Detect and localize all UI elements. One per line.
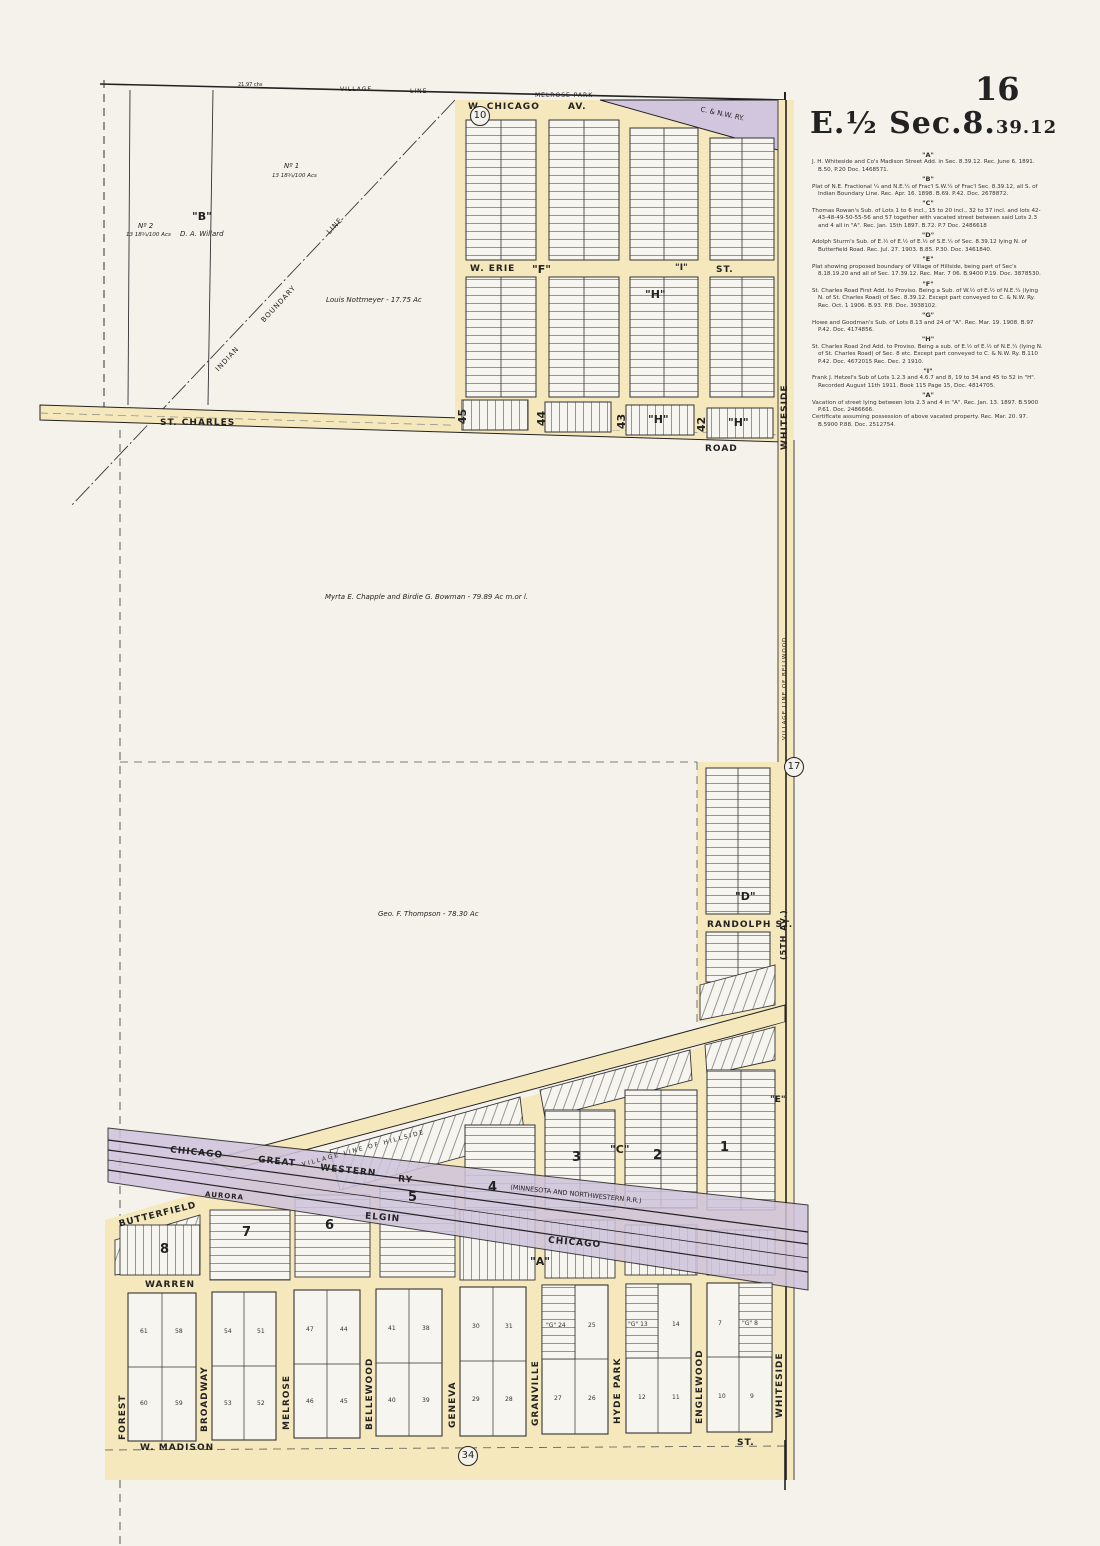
plat-legend: "A"J. H. Whiteside and Co's Madison Stre… <box>812 150 1044 429</box>
legend-entry-certificate: Certificate assuming possession of above… <box>812 414 1044 429</box>
title-section: Sec.8. <box>889 106 996 141</box>
erie-st-label: ST. <box>716 265 734 275</box>
hyde-park-av-label: HYDE PARK <box>613 1358 623 1424</box>
lot-number: 10 <box>718 1393 726 1400</box>
legend-entry-f: "F"St. Charles Road First Add. to Provis… <box>812 281 1044 311</box>
whiteside-av-north-label: WHITESIDE <box>780 384 790 450</box>
village-line-bellwood-label: VILLAGE LINE OF BELLWOOD <box>782 637 788 740</box>
title-township: 39.12 <box>996 117 1057 138</box>
village-line-north <box>100 84 785 100</box>
adjoining-sheet-east[interactable]: 17 <box>784 757 804 777</box>
broadway-label: BROADWAY <box>200 1366 210 1432</box>
title-fraction: ½ <box>845 106 877 141</box>
adjoining-sheet-south[interactable]: 34 <box>458 1446 478 1466</box>
legend-entry-d: "D"Adolph Sturm's Sub. of E.½ of E.½ of … <box>812 232 1044 254</box>
plat-a-label: "A" <box>530 1255 550 1268</box>
cgw-ry-label: RY <box>398 1174 414 1186</box>
bellewood-av-label: BELLEWOOD <box>365 1358 375 1430</box>
plat-h-label-1: "H" <box>645 288 666 301</box>
adjoining-sheet-north[interactable]: 10 <box>470 106 490 126</box>
plat-b-label: "B" <box>192 210 212 223</box>
legend-entry-g: "G"Howe and Goodman's Sub. of Lots 8.13 … <box>812 312 1044 334</box>
st-charles-road-label: ST. CHARLES <box>160 418 235 428</box>
lot-number: 53 <box>224 1400 232 1407</box>
block-6: 6 <box>325 1218 334 1233</box>
legend-entry-h: "H"St. Charles Road 2nd Add. to Proviso.… <box>812 336 1044 366</box>
lot-number: 47 <box>306 1326 314 1333</box>
chapple-bowman-label: Myrta E. Chapple and Birdie G. Bowman - … <box>325 593 528 601</box>
lot-number: 38 <box>422 1325 430 1332</box>
lot-number: 26 <box>588 1395 596 1402</box>
plat-f-label: "F" <box>532 263 551 276</box>
lot-number: 58 <box>175 1328 183 1335</box>
legend-entry-a: "A"J. H. Whiteside and Co's Madison Stre… <box>812 152 1044 174</box>
parcel-no1-area: 13 18¾/100 Acs <box>272 173 317 179</box>
lot-number: 54 <box>224 1328 232 1335</box>
block-1: 1 <box>720 1140 729 1155</box>
chains-label: 21.97 chs <box>238 82 262 88</box>
melrose-park-label: MELROSE PARK <box>535 92 593 99</box>
block-3: 3 <box>572 1150 581 1165</box>
block-2: 2 <box>653 1148 662 1163</box>
block-7: 7 <box>242 1225 251 1240</box>
lot-number: 25 <box>588 1322 596 1329</box>
lot-number: 39 <box>422 1397 430 1404</box>
madison-st-label: ST. <box>737 1438 755 1448</box>
warren-label: WARREN <box>145 1280 195 1290</box>
nottmeyer-label: Louis Nottmeyer - 17.75 Ac <box>326 296 422 304</box>
legend-entry-vacation: "A"Vacation of street lying between lots… <box>812 392 1044 414</box>
block-42: 42 <box>695 417 708 432</box>
plat-h-label-3: "H" <box>728 416 749 429</box>
englewood-av-label: ENGLEWOOD <box>695 1349 705 1424</box>
parcel-no1-label: Nº 1 <box>284 162 299 170</box>
block-4: 4 <box>488 1180 497 1195</box>
lot-number: 52 <box>257 1400 265 1407</box>
road-label: ROAD <box>705 444 738 454</box>
lot-number: 40 <box>388 1397 396 1404</box>
block-5: 5 <box>408 1190 417 1205</box>
plat-e-label: "E" <box>770 1095 786 1105</box>
lot-number: 41 <box>388 1325 396 1332</box>
lot-number: 59 <box>175 1400 183 1407</box>
legend-entry-e: "E"Plat showing proposed boundary of Vil… <box>812 256 1044 278</box>
legend-entry-i: "I"Frank J. Hetzel's Sub of Lots 1.2.3 a… <box>812 368 1044 390</box>
legend-entry-b: "B"Plat of N.E. Fractional ¼ and N.E.¼ o… <box>812 176 1044 198</box>
title-prefix: E. <box>810 106 845 141</box>
lot-number: 30 <box>472 1323 480 1330</box>
lot-number: 31 <box>505 1323 513 1330</box>
plat-h-label-2: "H" <box>648 413 669 426</box>
willard-label: D. A. Willard <box>180 230 224 238</box>
lot-number: 44 <box>340 1326 348 1333</box>
lot-number: 11 <box>672 1394 680 1401</box>
thompson-label: Geo. F. Thompson - 78.30 Ac <box>378 910 479 918</box>
lot-number: 7 <box>718 1320 722 1327</box>
lot-number: 51 <box>257 1328 265 1335</box>
w-madison-label: W. MADISON <box>140 1443 214 1453</box>
lot-number: 9 <box>750 1393 754 1400</box>
parcel-no2-area: 13 18¾/100 Acs <box>126 232 171 238</box>
sheet-number: 16 <box>975 70 1020 108</box>
village-line-label-2: LINE <box>410 88 427 95</box>
lot-number: "G" 8 <box>742 1320 758 1327</box>
plat-i-label: "I" <box>675 263 688 273</box>
lot-number: 60 <box>140 1400 148 1407</box>
melrose-av-label: MELROSE <box>282 1375 292 1430</box>
lot-number: 27 <box>554 1395 562 1402</box>
forest-av-label: FOREST <box>118 1395 128 1441</box>
village-line-label: VILLAGE <box>340 86 372 93</box>
legend-entry-c: "C"Thomas Rowan's Sub. of Lots 1 to 6 in… <box>812 200 1044 230</box>
plat-d-label: "D" <box>735 890 756 903</box>
lot-number: "G" 24 <box>546 1322 566 1329</box>
parcel-no2-label: Nº 2 <box>138 222 153 230</box>
lot-number: 29 <box>472 1396 480 1403</box>
sheet-title: E.½ Sec.8.39.12 <box>810 106 1057 141</box>
block-44: 44 <box>535 411 548 426</box>
w-erie-label: W. ERIE <box>470 264 515 274</box>
block-45: 45 <box>456 409 469 424</box>
lot-number: 46 <box>306 1398 314 1405</box>
lot-number: 61 <box>140 1328 148 1335</box>
chicago-av-suffix: AV. <box>568 102 587 112</box>
lot-number: 45 <box>340 1398 348 1405</box>
whiteside-av-south-label: WHITESIDE <box>775 1352 785 1418</box>
geneva-av-label: GENEVA <box>448 1381 458 1428</box>
block-8: 8 <box>160 1242 169 1257</box>
lot-number: "G" 13 <box>628 1321 648 1328</box>
lot-number: 12 <box>638 1394 646 1401</box>
lot-number: 28 <box>505 1396 513 1403</box>
plat-c-label: "C" <box>610 1143 630 1156</box>
block-43: 43 <box>615 414 628 429</box>
map-sheet: 16 E.½ Sec.8.39.12 "A"J. H. Whiteside an… <box>0 0 1100 1546</box>
fifth-av-label: (5TH AV.) <box>779 909 788 960</box>
granville-av-label: GRANVILLE <box>531 1360 541 1426</box>
lot-number: 14 <box>672 1321 680 1328</box>
